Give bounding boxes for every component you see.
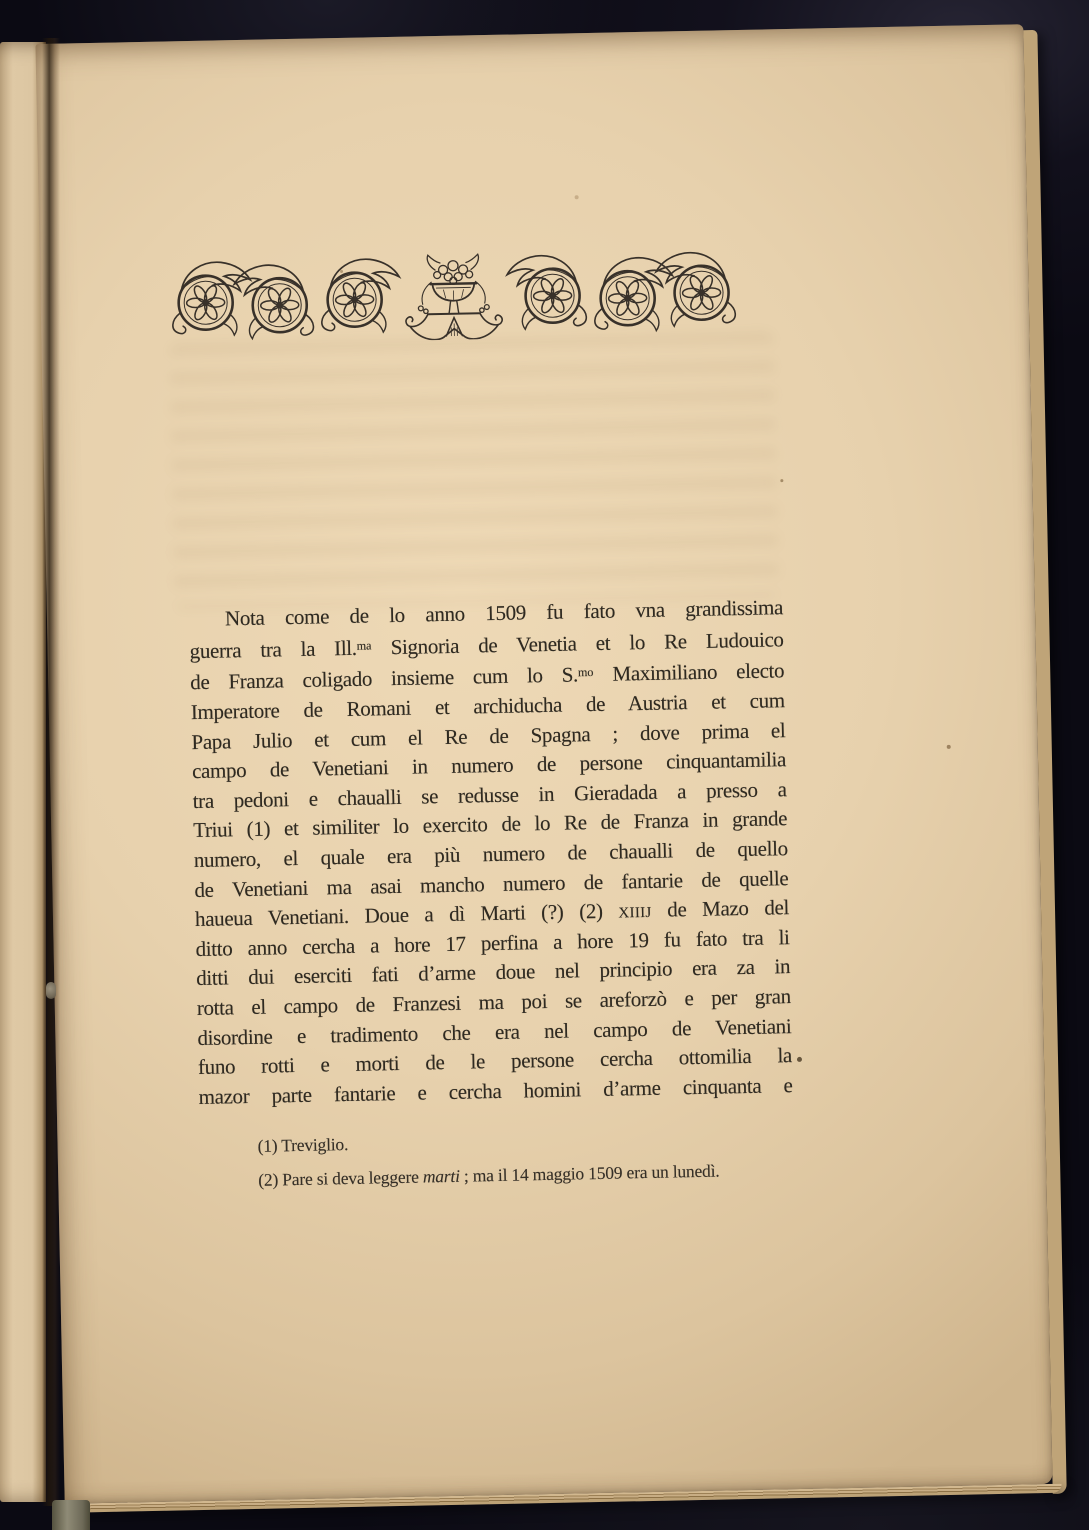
page-edge-bottom xyxy=(77,1484,1062,1513)
footnotes: (1) Treviglio.(2) Pare si deva leggere m… xyxy=(257,1119,803,1197)
paper-speck xyxy=(780,479,783,482)
ink-show-through xyxy=(169,331,778,609)
photo-backdrop: Nota come de lo anno 1509 fu fato vna gr… xyxy=(0,0,1089,1530)
paper-speck xyxy=(947,745,951,749)
book-page: Nota come de lo anno 1509 fu fato vna gr… xyxy=(35,24,1052,1504)
floral-headpiece-ornament xyxy=(167,240,741,345)
paragraph: Nota come de lo anno 1509 fu fato vna gr… xyxy=(189,593,793,1112)
book-stand-bar xyxy=(52,1500,90,1530)
paper-speck xyxy=(797,1057,802,1062)
page-edge-stack xyxy=(1023,30,1066,1494)
paper-speck xyxy=(575,195,579,199)
binding-thread xyxy=(46,982,56,999)
